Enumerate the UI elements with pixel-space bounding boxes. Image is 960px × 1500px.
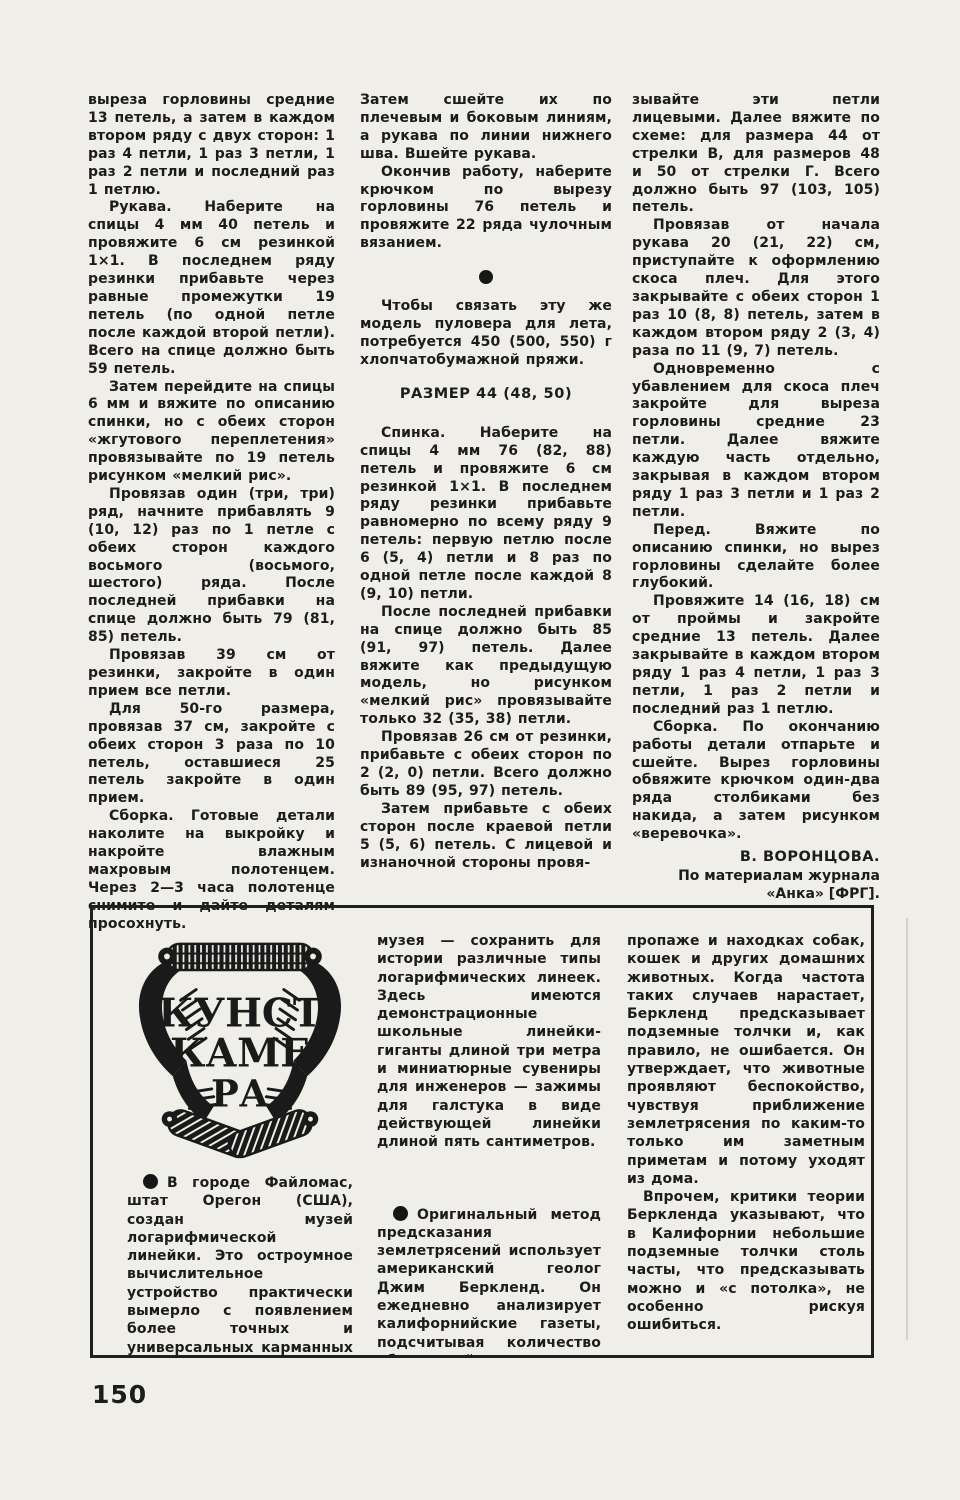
paragraph: Провязав 26 см от резинки, прибавьте с о…: [360, 729, 612, 801]
knitting-column-3: зывайте эти петли лицевыми. Далее вяжите…: [632, 92, 880, 934]
emblem-text-line2: КАМЕ: [170, 1031, 310, 1077]
paragraph: Затем перейдите на спицы 6 мм и вяжите п…: [88, 379, 335, 486]
paragraph: музея — сохранить для истории различные …: [377, 932, 601, 1152]
paragraph: Впрочем, критики теории Беркленда указыв…: [627, 1188, 865, 1334]
page-number: 150: [92, 1380, 147, 1409]
paragraph: Спинка. Наберите на спицы 4 мм 76 (82, 8…: [360, 425, 612, 604]
paragraph-text: Оригинальный метод предсказания землетря…: [377, 1207, 601, 1358]
scroll-emblem-icon: КУНСТ КАМЕ РА: [128, 934, 352, 1162]
paragraph: Провяжите 14 (16, 18) см от проймы и зак…: [632, 593, 880, 718]
paragraph: Затем сшейте их по плечевым и боковым ли…: [360, 92, 612, 164]
paragraph: Провязав от начала рукава 20 (21, 22) см…: [632, 217, 880, 360]
source-credit: По материалам журнала «Анка» [ФРГ].: [632, 867, 880, 904]
bullet-icon: [393, 1206, 408, 1221]
size-heading: РАЗМЕР 44 (48, 50): [360, 385, 612, 403]
paragraph: Провязав один (три, три) ряд, начните пр…: [88, 486, 335, 647]
paragraph: Сборка. По окончанию работы детали отпар…: [632, 719, 880, 844]
kunstkamera-emblem: КУНСТ КАМЕ РА: [128, 934, 352, 1162]
knitting-column-1: выреза горловины средние 13 петель, а за…: [88, 92, 335, 934]
paragraph: Оригинальный метод предсказания землетря…: [377, 1206, 601, 1358]
paragraph: Провязав 39 см от резинки, закройте в од…: [88, 647, 335, 701]
bullet-icon: [143, 1174, 158, 1189]
paragraph: Одновременно с убавлением для скоса плеч…: [632, 361, 880, 522]
kunstkamera-column-2: музея — сохранить для истории различные …: [377, 932, 601, 1341]
kunstkamera-column-3: пропаже и находках собак, кошек и других…: [627, 932, 865, 1341]
author-signature: В. ВОРОНЦОВА.: [632, 848, 880, 867]
emblem-text-line3: РА: [211, 1071, 269, 1115]
paragraph: Для 50-го размера, провязав 37 см, закро…: [88, 701, 335, 808]
dot-separator-icon: [479, 270, 493, 284]
paragraph: Окончив работу, наберите крючком по выре…: [360, 164, 612, 254]
kunstkamera-section: КУНСТ КАМЕ РА В городе Файломас, штат Ор…: [90, 905, 874, 1358]
scan-artifact-line: [906, 918, 908, 1340]
paragraph: зывайте эти петли лицевыми. Далее вяжите…: [632, 92, 880, 217]
paragraph: В городе Файломас, штат Орегон (США), со…: [127, 1174, 353, 1358]
paragraph: Затем прибавьте с обеих сторон после кра…: [360, 801, 612, 873]
kunstkamera-column-1: КУНСТ КАМЕ РА В городе Файломас, штат Ор…: [127, 932, 353, 1341]
paragraph: пропаже и находках собак, кошек и других…: [627, 932, 865, 1188]
knitting-article: выреза горловины средние 13 петель, а за…: [88, 92, 880, 934]
paragraph: После последней прибавки на спице должно…: [360, 604, 612, 729]
paragraph-text: В городе Файломас, штат Орегон (США), со…: [127, 1175, 353, 1358]
paragraph: Чтобы связать эту же модель пуловера для…: [360, 298, 612, 370]
magazine-page: выреза горловины средние 13 петель, а за…: [0, 0, 960, 1500]
paragraph: Перед. Вяжите по описанию спинки, но выр…: [632, 522, 880, 594]
paragraph: Рукава. Наберите на спицы 4 мм 40 петель…: [88, 199, 335, 378]
knitting-column-2: Затем сшейте их по плечевым и боковым ли…: [360, 92, 612, 934]
section-separator: [360, 269, 612, 284]
paragraph: выреза горловины средние 13 петель, а за…: [88, 92, 335, 199]
